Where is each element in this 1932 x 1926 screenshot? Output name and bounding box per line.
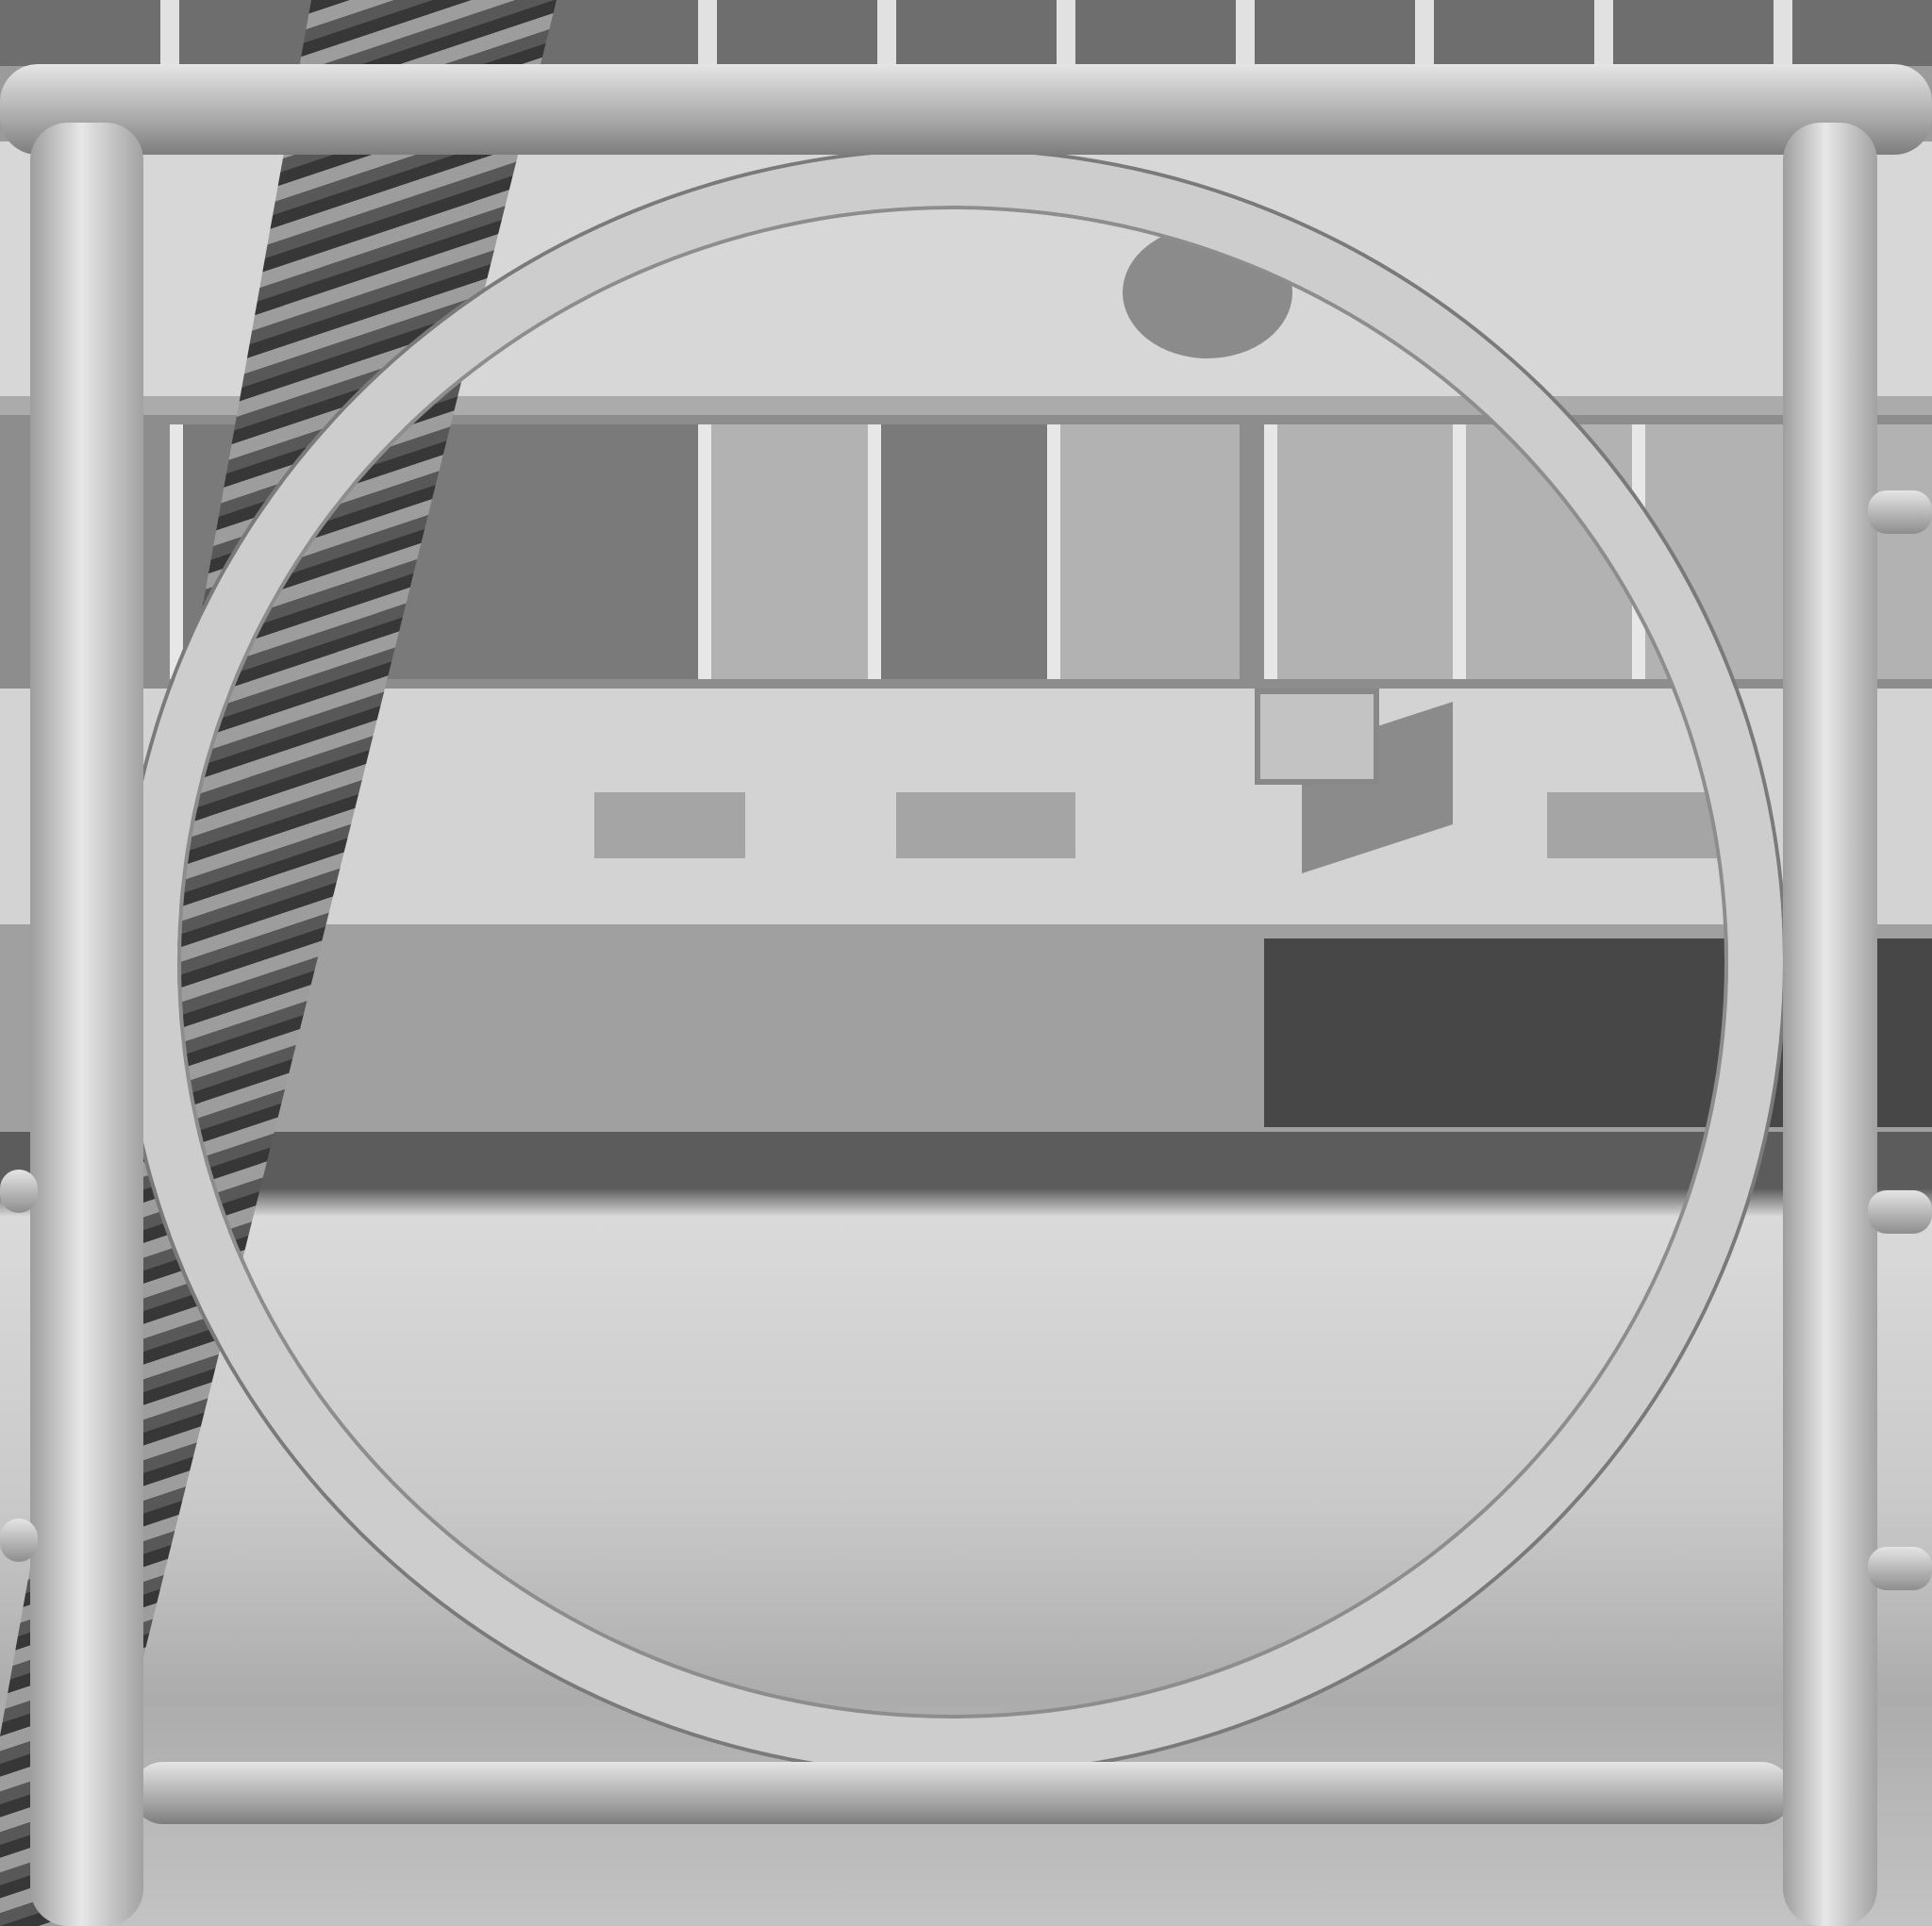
fence-stub	[1868, 490, 1932, 534]
fence-left-post	[30, 123, 143, 1926]
fence-top-rail	[0, 64, 1932, 155]
fence-right-post	[1783, 123, 1877, 1926]
fence-stub	[1868, 1547, 1932, 1590]
fence-bottom-rail	[132, 1762, 1792, 1824]
fence-ring	[123, 151, 1783, 1773]
photo: A circular ring within a square metal fe…	[0, 0, 1932, 1926]
fence-stub	[1868, 1190, 1932, 1234]
top-windows	[0, 0, 1932, 66]
fence-stub	[0, 1519, 38, 1562]
fence-stub	[0, 1170, 38, 1213]
